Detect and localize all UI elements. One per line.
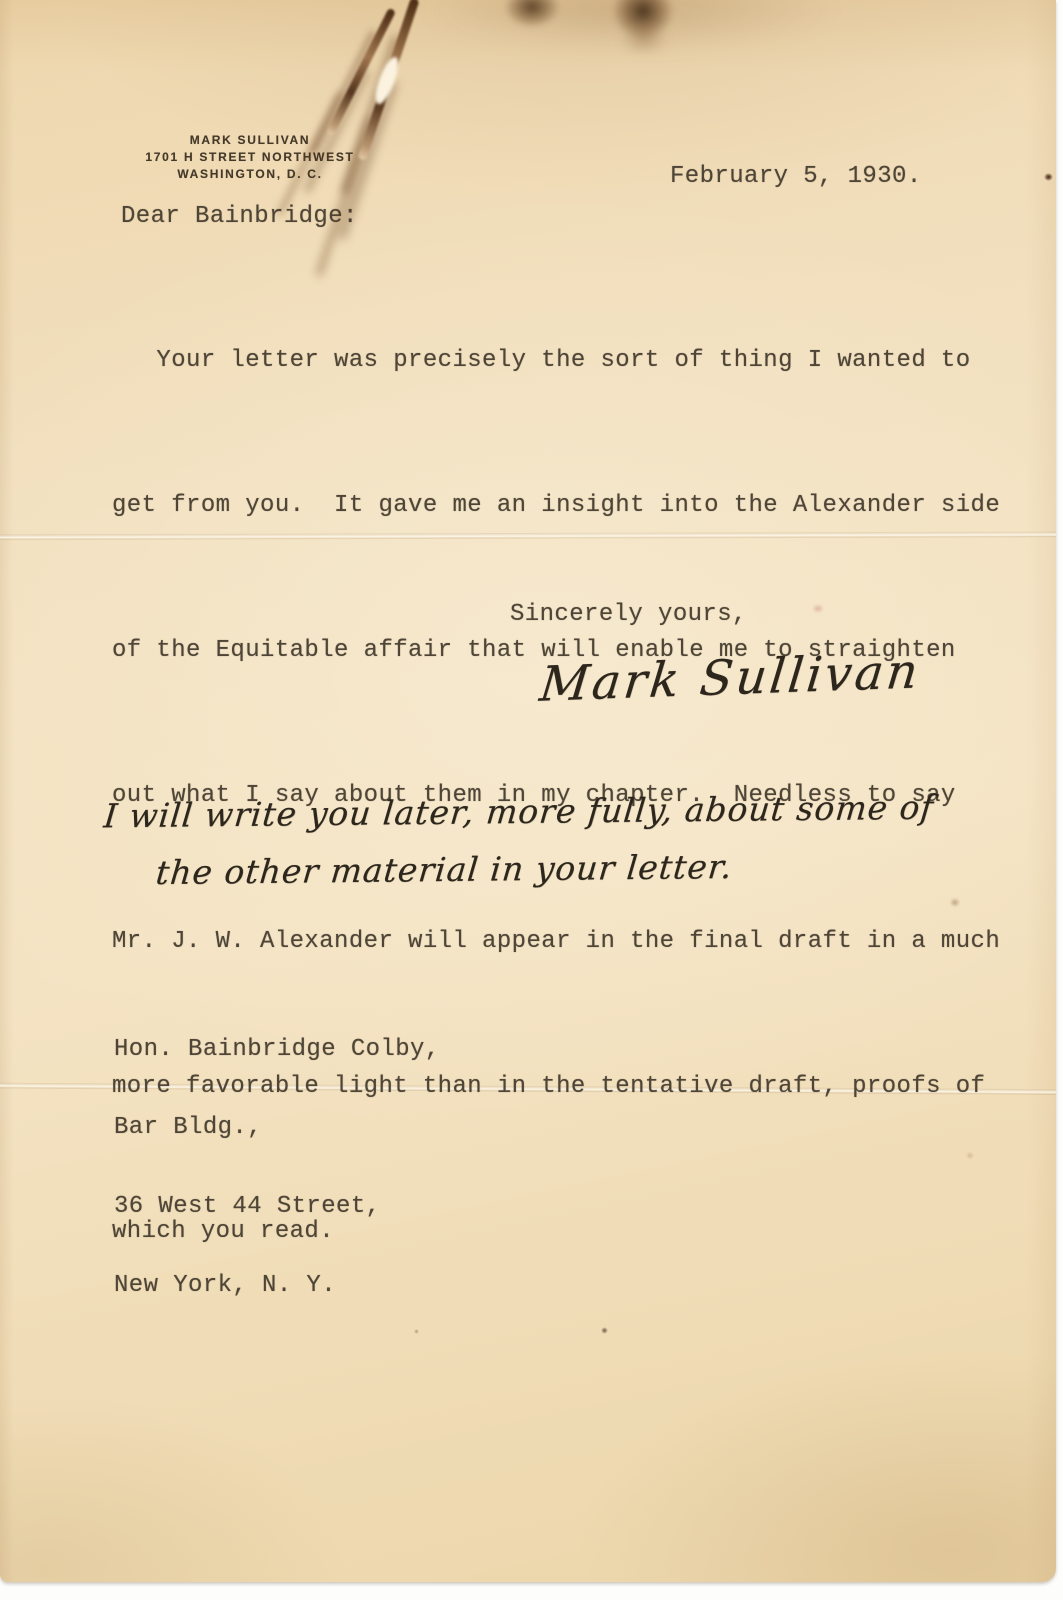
letterhead: MARK SULLIVAN 1701 H STREET NORTHWEST WA…: [114, 132, 386, 183]
letterhead-city: WASHINGTON, D. C.: [114, 166, 386, 183]
recipient-address: Hon. Bainbridge Colby, Bar Bldg., 36 Wes…: [114, 984, 440, 1352]
ink-blot-smudge: [620, 24, 668, 54]
letterhead-street: 1701 H STREET NORTHWEST: [114, 149, 386, 166]
date-line: February 5, 1930.: [670, 163, 922, 190]
ink-blot-top-left: [504, 0, 560, 28]
ink-streak-flaked-gap: [371, 55, 403, 107]
ink-streak-left: [326, 8, 396, 137]
salutation: Dear Bainbridge:: [121, 203, 358, 230]
recipient-street: 36 West 44 Street,: [114, 1194, 440, 1220]
body-line: Mr. J. W. Alexander will appear in the f…: [112, 918, 1000, 966]
letterhead-name: MARK SULLIVAN: [114, 132, 386, 149]
recipient-city: New York, N. Y.: [114, 1273, 440, 1299]
closing: Sincerely yours,: [510, 601, 747, 628]
recipient-building: Bar Bldg.,: [114, 1115, 440, 1141]
scanned-letter-page: MARK SULLIVAN 1701 H STREET NORTHWEST WA…: [0, 0, 1056, 1582]
ink-stain-wash: [420, 0, 840, 50]
body-line: get from you. It gave me an insight into…: [112, 482, 1000, 530]
body-line: Your letter was precisely the sort of th…: [112, 337, 1000, 385]
handwritten-note-line2: the other material in your letter.: [154, 847, 734, 892]
scanner-background: MARK SULLIVAN 1701 H STREET NORTHWEST WA…: [0, 0, 1063, 1600]
ink-speck-right-edge: [1044, 173, 1053, 181]
recipient-name: Hon. Bainbridge Colby,: [114, 1037, 440, 1063]
ink-blot-top-right: [612, 0, 674, 40]
